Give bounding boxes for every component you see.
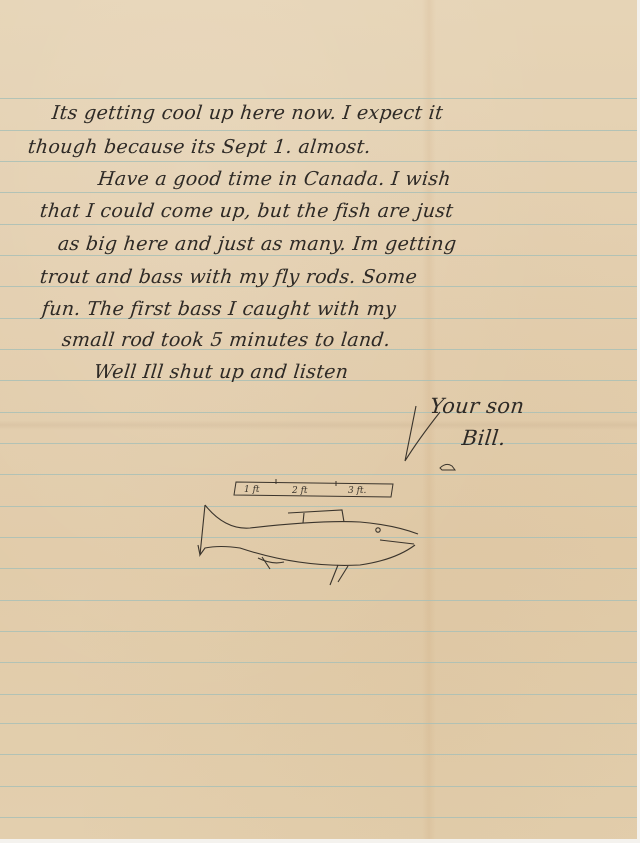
fish-sketch	[0, 0, 637, 839]
ruler-label-3ft: 3 ft.	[348, 486, 366, 496]
fish-drawing	[198, 505, 418, 585]
signature-flourish	[405, 406, 440, 461]
ruler-label-2ft: 2 ft	[292, 486, 308, 496]
letter-page: Its getting cool up here now. I expect i…	[0, 0, 637, 839]
ink-mark	[440, 464, 455, 470]
ruler-label-1ft: 1 ft	[244, 485, 260, 495]
